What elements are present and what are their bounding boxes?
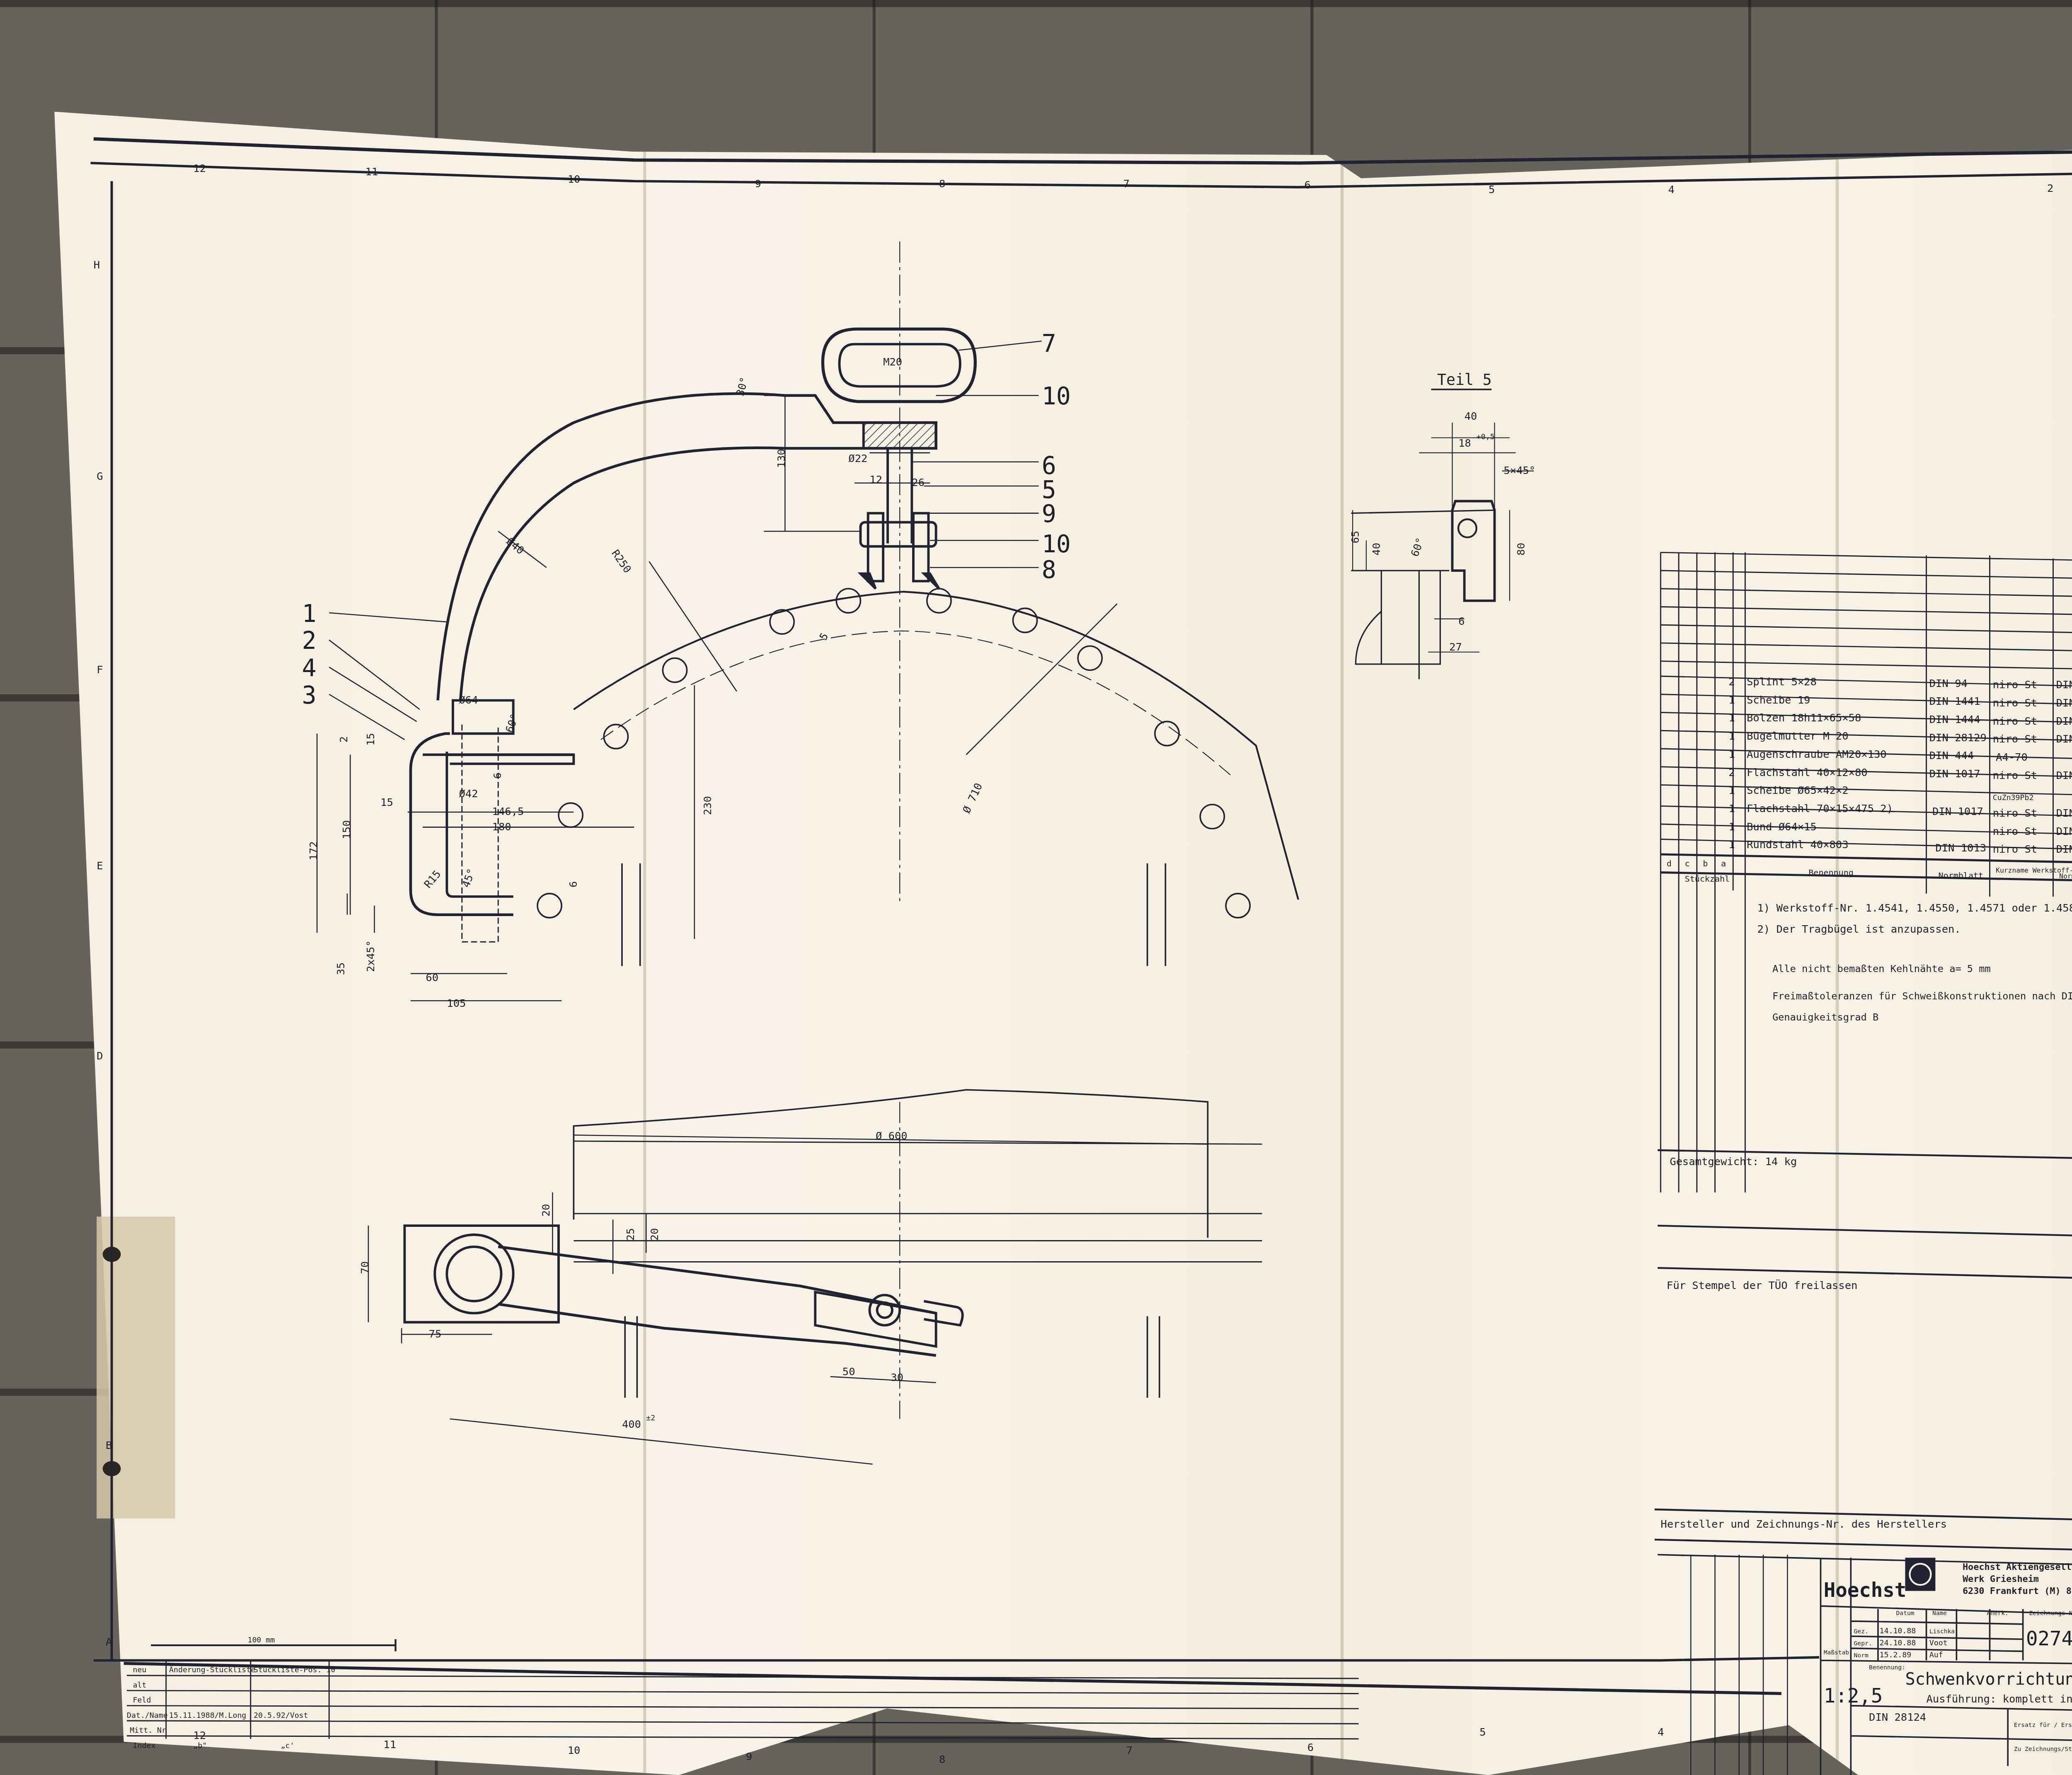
zone-label: 10 <box>568 173 581 186</box>
rev-b-change: Änderung-Stückliste <box>169 1666 255 1674</box>
approval-header-date: Datum <box>1896 1610 1915 1617</box>
dim-2: 2 <box>338 736 350 742</box>
svg-text:DIN 94: DIN 94 <box>1929 677 1968 690</box>
svg-text:niro St: niro St <box>1993 733 2037 745</box>
approval-date: 15.2.89 <box>1880 1651 1912 1659</box>
dim-d710: Ø 710 <box>961 781 985 815</box>
dim-75: 75 <box>429 1328 442 1340</box>
svg-text:DIN 1444: DIN 1444 <box>1929 713 1980 726</box>
zone-label: B <box>106 1439 112 1452</box>
zone-label: 11 <box>366 166 378 178</box>
svg-text:DIN17440: DIN17440 <box>2056 697 2072 709</box>
dim-r15: R15 <box>422 868 444 891</box>
dim-tolerance: +0,5 <box>1477 433 1495 441</box>
col-normblatt: Normblatt <box>1939 871 1983 880</box>
svg-text:2: 2 <box>1728 676 1735 688</box>
dim-40b: 40 <box>1370 543 1383 556</box>
parts-row: 1Scheibe Ø65×42×2CuZn39Pb240,03W.Nr.2.03… <box>1728 784 2072 803</box>
company-address: 6230 Frankfurt (M) 83 <box>1963 1586 2072 1596</box>
svg-text:Rundstahl 40×803: Rundstahl 40×803 <box>1747 839 1849 851</box>
balloon-2: 2 <box>302 626 317 655</box>
total-weight: Gesamtgewicht: 14 kg <box>1670 1156 1797 1168</box>
zone-label: 5 <box>1489 184 1495 196</box>
dim-50: 50 <box>842 1366 855 1378</box>
benennung-label: Benennung: <box>1869 1664 1905 1671</box>
dim-25: 25 <box>625 1228 637 1241</box>
svg-text:1: 1 <box>1728 839 1735 851</box>
company-plant: Werk Griesheim <box>1963 1574 2039 1584</box>
dim-172: 172 <box>307 841 320 860</box>
zone-label: 2 <box>2047 182 2053 195</box>
zone-label: 6 <box>1307 1741 1314 1754</box>
balloon-8: 8 <box>1042 556 1056 584</box>
svg-text:Splint 5×28: Splint 5×28 <box>1747 676 1817 688</box>
parts-row: 2Splint 5×28DIN 94niro StDIN17440100,004… <box>1728 676 2072 693</box>
dim-30: 30 <box>891 1371 903 1384</box>
col-benennung: Benennung <box>1808 868 1853 878</box>
balloon-1: 1 <box>302 600 317 628</box>
drawing-number: 02741-000120-019 <box>2026 1627 2072 1650</box>
dim-40: 40 <box>1464 410 1477 423</box>
balloon-4: 4 <box>302 654 317 682</box>
svg-text:niro St: niro St <box>1993 807 2037 820</box>
zone-label: 9 <box>755 178 761 190</box>
svg-text:Scheibe 19: Scheibe 19 <box>1747 694 1811 706</box>
col-d: d <box>1667 858 1672 868</box>
bottom-zone-labels: 12 11 10 9 8 7 6 5 4 <box>193 1726 1664 1766</box>
svg-text:DIN17440: DIN17440 <box>2056 843 2072 856</box>
drawing-scale: 1:2,5 <box>1824 1685 1883 1707</box>
svg-text:niro St: niro St <box>1993 843 2037 856</box>
dim-d22: Ø22 <box>848 452 867 465</box>
zone-label: 7 <box>1123 178 1129 190</box>
svg-text:Augenschraube AM20×130: Augenschraube AM20×130 <box>1747 748 1887 761</box>
parts-row: 1Augenschraube AM20×130DIN 444A4-7060,4 <box>1728 748 2072 765</box>
svg-text:Bolzen 18h11×65×58: Bolzen 18h11×65×58 <box>1747 712 1861 724</box>
col-a: a <box>1721 858 1726 868</box>
drawing-no-label: Zeichnungs-Nr. <box>2029 1610 2072 1617</box>
rev-label-datname: Dat./Name <box>127 1711 168 1720</box>
svg-text:1: 1 <box>1728 730 1735 742</box>
approval-role: Gepr. <box>1854 1640 1872 1647</box>
svg-text:niro St: niro St <box>1993 825 2037 838</box>
dim-6: 6 <box>491 772 504 779</box>
rev-label-feld: Feld <box>133 1696 151 1705</box>
drawing-svg: 12 11 10 9 8 7 6 5 4 2 1 H G F E D B A H… <box>0 0 2072 1775</box>
dim-r250: R250 <box>609 547 634 576</box>
dim-130: 130 <box>775 449 788 468</box>
zone-label: H <box>94 259 100 271</box>
side-view <box>317 242 1298 1001</box>
balloon-3: 3 <box>302 681 317 709</box>
dim-60deg: 60° <box>503 712 522 735</box>
dim-65: 65 <box>1349 531 1362 544</box>
dim-2x45: 2x45° <box>365 940 377 972</box>
drawing-subtitle: Ausführung: komplett in niro St <box>1926 1693 2072 1705</box>
dim-20b: 20 <box>649 1228 661 1241</box>
zone-label: D <box>97 1050 103 1062</box>
svg-text:1: 1 <box>1728 712 1735 724</box>
approval-role: Gez. <box>1854 1628 1869 1635</box>
dim-15b: 15 <box>365 733 377 746</box>
dim-6b: 6 <box>567 881 580 888</box>
col-b: b <box>1703 858 1708 868</box>
approval-name: Auf <box>1929 1651 1943 1659</box>
parts-row: 1Bügelmutter M 20DIN 28129niro StDIN1744… <box>1728 730 2072 747</box>
note-weld: Alle nicht bemaßten Kehlnähte a= 5 mm <box>1772 963 1991 975</box>
rev-c-index: „c' <box>281 1741 295 1750</box>
zone-label: 5 <box>1479 1726 1486 1739</box>
rev-c-change: Stückliste-Pos. 10 <box>254 1666 335 1674</box>
approval-date: 24.10.88 <box>1880 1639 1916 1647</box>
din-standard: DIN 28124 <box>1869 1711 1926 1724</box>
dim-27: 27 <box>1449 641 1462 653</box>
dim-70: 70 <box>359 1261 371 1274</box>
svg-text:niro St: niro St <box>1993 769 2037 782</box>
dim-180: 180 <box>492 821 511 833</box>
dim-18: 18 <box>1458 437 1471 450</box>
part-balloons: 7 10 6 5 9 10 8 1 2 4 3 <box>302 329 1071 740</box>
svg-text:niro St: niro St <box>1993 715 2037 728</box>
drawing-title: Schwenkvorrichtung V 600 - 10 <box>1905 1670 2072 1689</box>
approval-role: Norm <box>1854 1652 1869 1659</box>
revision-grid <box>127 1639 1661 1739</box>
dim-35: 35 <box>335 962 347 975</box>
dim-80: 80 <box>1515 543 1527 556</box>
tuev-stamp-field: Für Stempel der TÜO freilassen <box>1667 1279 1858 1292</box>
col-stueckzahl: Stückzahl <box>1685 874 1730 884</box>
svg-text:DIN17440: DIN17440 <box>2056 807 2072 820</box>
dim-d42: Ø42 <box>459 788 478 800</box>
dim-400: 400 <box>622 1418 641 1431</box>
scale-bar-label: 100 mm <box>247 1636 275 1644</box>
svg-text:1: 1 <box>1728 694 1735 706</box>
parts-row: 2Flachstahl 40×12×80DIN 1017niro StDIN17… <box>1728 767 2072 784</box>
balloon-10: 10 <box>1042 530 1071 558</box>
svg-text:Flachstahl 40×12×80: Flachstahl 40×12×80 <box>1747 767 1868 779</box>
zone-label: 8 <box>939 1753 945 1766</box>
plan-view <box>368 1090 1262 1464</box>
approval-name: Voot <box>1929 1639 1948 1647</box>
col-norm: Norm Werkstoff <box>2059 872 2072 880</box>
balloon-9: 9 <box>1042 500 1056 528</box>
svg-text:DIN17440: DIN17440 <box>2056 679 2072 691</box>
zone-label: 9 <box>746 1751 752 1763</box>
scale-label: Maßstab <box>1824 1649 1849 1656</box>
notes: 1) Werkstoff-Nr. 1.4541, 1.4550, 1.4571 … <box>1661 902 2072 1530</box>
svg-text:Bund Ø64×15: Bund Ø64×15 <box>1747 821 1817 833</box>
zone-label: 10 <box>568 1744 581 1757</box>
svg-text:DIN 1013: DIN 1013 <box>1935 842 1986 854</box>
side-view-dimensions: M20 Ø22 12 26 130 30° Ø40 R250 Ø64 Ø42 6… <box>307 356 985 1010</box>
balloon-10: 10 <box>1042 382 1071 410</box>
dim-146-5: 146,5 <box>492 805 524 818</box>
rev-label-alt: alt <box>133 1681 147 1690</box>
dim-60: 60 <box>426 972 438 984</box>
parts-row: 1Scheibe 19DIN 1441niro StDIN1744090,01 <box>1728 694 2072 711</box>
svg-text:DIN 1441: DIN 1441 <box>1929 695 1980 708</box>
rev-b-date: 15.11.1988/M.Long <box>169 1711 246 1720</box>
dim-6: 6 <box>1458 615 1464 628</box>
dim-230: 230 <box>702 796 714 815</box>
plan-view-dimensions: Ø 600 70 20 25 20 75 400 ±2 50 30 <box>359 1130 908 1431</box>
parts-row: 1Rundstahl 40×803DIN 1013niro StDIN17440… <box>1728 839 2072 857</box>
svg-text:DIN17440: DIN17440 <box>2056 733 2072 745</box>
svg-text:Bügelmutter M 20: Bügelmutter M 20 <box>1747 730 1849 742</box>
svg-text:A4-70: A4-70 <box>1996 751 2028 764</box>
related-drawing-label: Zu Zeichnungs/Stücklisten-Nr <box>2014 1746 2072 1753</box>
svg-text:DIN 1017: DIN 1017 <box>1929 768 1980 780</box>
footnote-1: 1) Werkstoff-Nr. 1.4541, 1.4550, 1.4571 … <box>1757 902 2072 914</box>
zone-label: 4 <box>1668 184 1675 196</box>
dim-15: 15 <box>380 796 393 809</box>
teil5-title: Teil 5 <box>1437 371 1492 389</box>
svg-text:1: 1 <box>1728 803 1735 815</box>
dim-12: 12 <box>869 474 882 486</box>
dim-d64: Ø64 <box>459 694 478 706</box>
dim-d600: Ø 600 <box>876 1130 908 1142</box>
manufacturer-field: Hersteller und Zeichnungs-Nr. des Herste… <box>1661 1518 1947 1531</box>
svg-text:Scheibe Ø65×42×2: Scheibe Ø65×42×2 <box>1747 784 1849 797</box>
rev-b-index: „b" <box>193 1741 207 1750</box>
left-zone-labels: H G F E D B A <box>94 259 112 1648</box>
zone-label: 6 <box>1305 179 1311 191</box>
dim-60deg: 60° <box>1409 536 1427 559</box>
replaces-label: Ersatz für / Ersetzt durch <box>2014 1722 2072 1729</box>
dim-150: 150 <box>341 820 353 839</box>
parts-row: 1Bolzen 18h11×65×58DIN 1444niro StDIN174… <box>1728 712 2072 729</box>
col-c: c <box>1685 858 1690 868</box>
zone-label: E <box>97 860 103 872</box>
balloon-7: 7 <box>1042 329 1056 358</box>
dim-5: 5 <box>817 631 831 642</box>
approval-name: Lischka <box>1929 1628 1955 1635</box>
svg-text:DIN17440: DIN17440 <box>2056 769 2072 782</box>
dim-26: 26 <box>912 476 925 489</box>
detail-teil5 <box>1351 389 1534 679</box>
zone-label: 4 <box>1658 1726 1664 1739</box>
approval-header-anerk: Anerk. <box>1987 1610 2009 1617</box>
svg-text:DIN17440: DIN17440 <box>2056 825 2072 838</box>
rev-label-neu: neu <box>133 1666 147 1674</box>
note-tolerance: Freimaßtoleranzen für Schweißkonstruktio… <box>1772 990 2072 1002</box>
zone-label: A <box>106 1636 112 1648</box>
svg-text:1: 1 <box>1728 821 1735 833</box>
approval-date: 14.10.88 <box>1880 1627 1916 1635</box>
approval-header-name: Name <box>1932 1610 1947 1617</box>
rev-label-mitt: Mitt. Nr <box>130 1726 166 1735</box>
svg-text:DIN 28129: DIN 28129 <box>1929 732 1987 744</box>
svg-text:niro St: niro St <box>1993 679 2037 691</box>
zone-label: F <box>97 664 103 676</box>
svg-text:DIN 1017: DIN 1017 <box>1932 805 1983 818</box>
title-block-text: Hoechst Hoechst Aktiengesellschaft Werk … <box>1824 1558 2072 1753</box>
zone-label: G <box>97 470 103 483</box>
zone-label: 7 <box>1126 1744 1133 1757</box>
svg-text:DIN17440: DIN17440 <box>2056 715 2072 728</box>
photo-stage: 12 11 10 9 8 7 6 5 4 2 1 H G F E D B A H… <box>0 0 2072 1775</box>
svg-text:CuZn39Pb2: CuZn39Pb2 <box>1993 793 2034 802</box>
svg-text:DIN 444: DIN 444 <box>1929 750 1974 762</box>
company-logo-text: Hoechst <box>1824 1579 1907 1602</box>
svg-text:1: 1 <box>1728 784 1735 797</box>
dim-20: 20 <box>540 1204 552 1217</box>
dim-105: 105 <box>447 997 466 1010</box>
svg-text:2: 2 <box>1728 767 1735 779</box>
svg-text:niro St: niro St <box>1993 697 2037 709</box>
svg-text:Flachstahl 70×15×475 2): Flachstahl 70×15×475 2) <box>1747 803 1893 815</box>
rev-label-index: Index <box>133 1741 156 1750</box>
revision-block: 100 mm neu alt Feld Dat./Name Mitt. Nr I… <box>127 1636 335 1750</box>
zone-label: 12 <box>193 162 206 175</box>
zone-label: 8 <box>939 178 945 190</box>
note-accuracy: Genauigkeitsgrad B <box>1772 1011 1878 1023</box>
dim-400-tolerance: ±2 <box>646 1414 655 1422</box>
rev-c-date: 20.5.92/Vost <box>254 1711 308 1720</box>
zone-label: 11 <box>383 1739 396 1751</box>
svg-text:1: 1 <box>1728 748 1735 761</box>
dim-chamfer: 5×45° <box>1503 464 1535 477</box>
company-name: Hoechst Aktiengesellschaft <box>1963 1562 2072 1572</box>
footnote-2: 2) Der Tragbügel ist anzupassen. <box>1757 923 1961 936</box>
dim-m20: M20 <box>883 356 902 368</box>
